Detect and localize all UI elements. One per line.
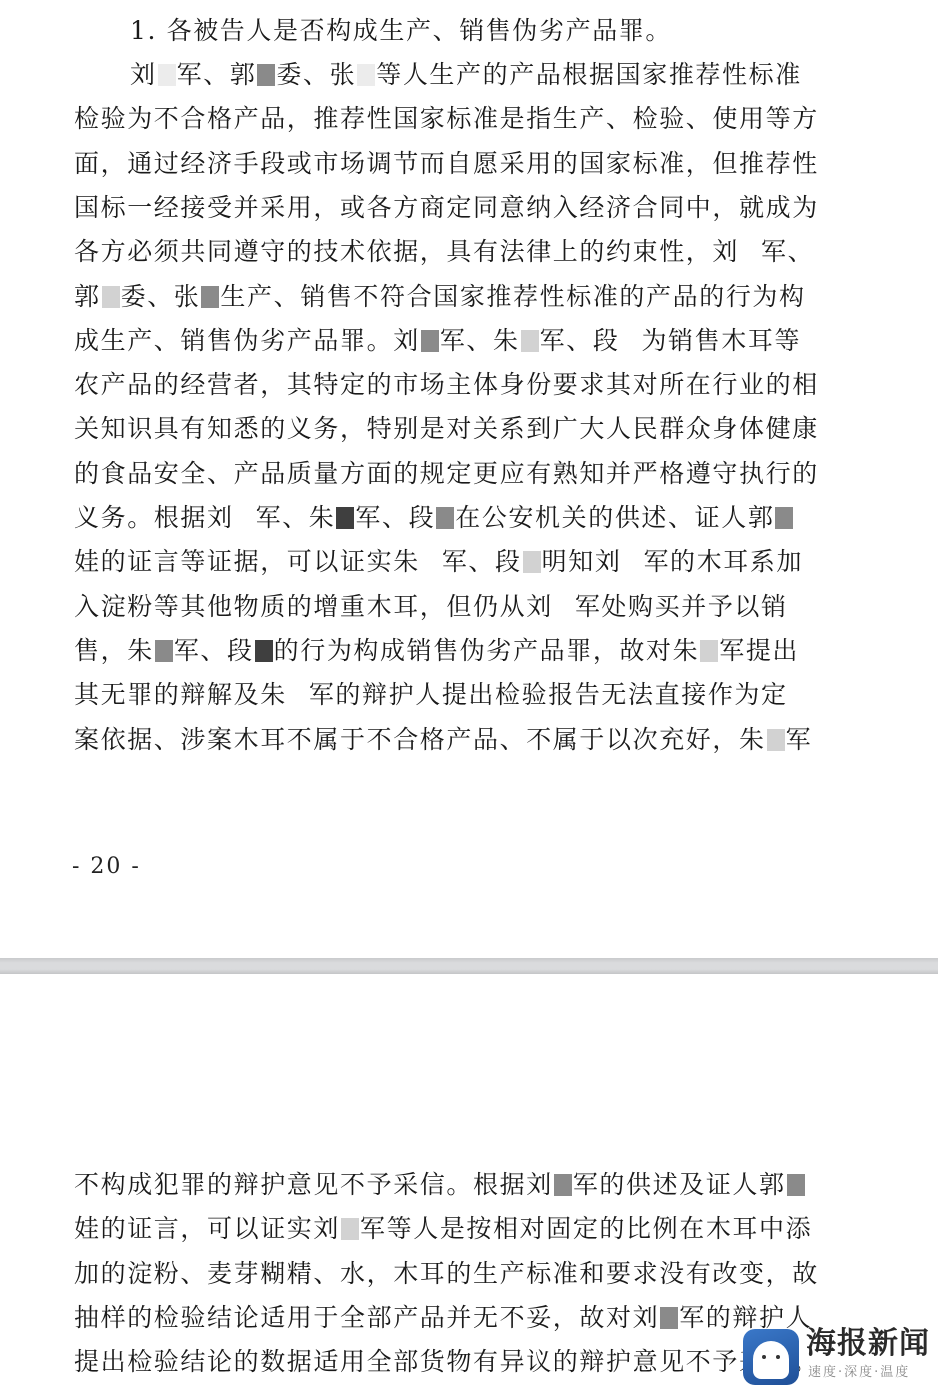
text-segment: 明知刘 <box>542 547 622 576</box>
seal-mascot-icon <box>743 1329 799 1385</box>
text-line: 各方必须共同遵守的技术依据，具有法律上的约束性，刘军、 <box>74 237 858 267</box>
redaction-block <box>336 507 354 529</box>
watermark-brand: 海报新闻 <box>806 1326 930 1362</box>
text-line: 入淀粉等其他物质的增重木耳，但仍从刘军处购买并予以销 <box>74 592 858 622</box>
text-segment: 关知识具有知悉的义务，特别是对关系到广大人民群众身体健康 <box>74 414 819 443</box>
text-line: 成生产、销售伪劣产品罪。刘军、朱军、段为销售木耳等 <box>74 326 858 356</box>
redaction-block <box>436 507 454 529</box>
text-segment: 检验为不合格产品，推荐性国家标准是指生产、检验、使用等方 <box>74 104 819 133</box>
redaction-block <box>660 1307 678 1329</box>
text-segment: 案依据、涉案木耳不属于不合格产品、不属于以次充好，朱 <box>74 725 766 754</box>
redaction-block <box>554 1174 572 1196</box>
text-line: 娃的证言等证据，可以证实朱军、段明知刘军的木耳系加 <box>74 547 858 577</box>
text-segment: 的行为构成销售伪劣产品罪，故对朱 <box>274 636 700 665</box>
text-line: 娃的证言，可以证实刘军等人是按相对固定的比例在木耳中添 <box>74 1214 858 1244</box>
text-line: 不构成犯罪的辩护意见不予采信。根据刘军的供述及证人郭 <box>74 1170 858 1200</box>
redaction-block <box>201 286 219 308</box>
text-segment: 军的木耳系加 <box>643 547 803 576</box>
text-segment: 刘 <box>130 60 157 89</box>
text-segment: 农产品的经营者，其特定的市场主体身份要求其对所在行业的相 <box>74 370 819 399</box>
redaction-block <box>700 640 718 662</box>
text-segment: 郭 <box>74 282 101 311</box>
text-segment: 入淀粉等其他物质的增重木耳，但仍从刘 <box>74 592 553 621</box>
text-segment: 委、张 <box>121 282 201 311</box>
text-segment: 各方必须共同遵守的技术依据，具有法律上的约束性，刘 <box>74 237 739 266</box>
redaction-block <box>523 551 541 573</box>
page-number: - 20 - <box>72 852 141 882</box>
text-line: 刘军、郭委、张等人生产的产品根据国家推荐性标准 <box>130 60 858 90</box>
text-segment: 军、郭 <box>177 60 257 89</box>
text-line: 案依据、涉案木耳不属于不合格产品、不属于以次充好，朱军 <box>74 725 858 755</box>
text-segment: 为销售木耳等 <box>641 326 801 355</box>
redaction-block <box>521 330 539 352</box>
text-line: 检验为不合格产品，推荐性国家标准是指生产、检验、使用等方 <box>74 104 858 134</box>
redaction-block <box>775 507 793 529</box>
text-segment: 义务。根据刘 <box>74 503 234 532</box>
redaction-block <box>155 640 173 662</box>
news-watermark: 海报新闻 速度·深度·温度 <box>740 1322 938 1388</box>
text-segment: 军、段 <box>174 636 254 665</box>
text-segment: 军的辩护人提出检验报告无法直接作为定 <box>309 680 788 709</box>
watermark-slogan: 速度·深度·温度 <box>808 1364 910 1382</box>
document-page-20: 1. 各被告人是否构成生产、销售伪劣产品罪。 刘军、郭委、张等人生产的产品根据国… <box>0 0 938 958</box>
text-segment: 等人生产的产品根据国家推荐性标准 <box>376 60 802 89</box>
text-line: 国标一经接受并采用，或各方商定同意纳入经济合同中，就成为 <box>74 193 858 223</box>
text-segment: 军、段 <box>442 547 522 576</box>
text-line: 面，通过经济手段或市场调节而自愿采用的国家标准，但推荐性 <box>74 149 858 179</box>
redaction-block <box>158 64 176 86</box>
text-segment: 不构成犯罪的辩护意见不予采信。根据刘 <box>74 1170 553 1199</box>
text-line: 郭委、张生产、销售不符合国家推荐性标准的产品的行为构 <box>74 282 858 312</box>
section-heading: 1. 各被告人是否构成生产、销售伪劣产品罪。 <box>130 16 858 46</box>
text-segment: 军、朱 <box>440 326 520 355</box>
text-line: 农产品的经营者，其特定的市场主体身份要求其对所在行业的相 <box>74 370 858 400</box>
text-segment: 的食品安全、产品质量方面的规定更应有熟知并严格遵守执行的 <box>74 459 819 488</box>
redaction-block <box>341 1218 359 1240</box>
text-segment: 军、段 <box>355 503 435 532</box>
text-line: 义务。根据刘军、朱军、段在公安机关的供述、证人郭 <box>74 503 858 533</box>
text-segment: 面，通过经济手段或市场调节而自愿采用的国家标准，但推荐性 <box>74 149 819 178</box>
text-segment: 委、张 <box>276 60 356 89</box>
text-segment: 提出检验结论的数据适用全部货物有异议的辩护意见不予采信。 <box>74 1347 819 1376</box>
text-segment: 军 <box>786 725 813 754</box>
text-segment: 军、段 <box>540 326 620 355</box>
redaction-block <box>257 64 275 86</box>
redaction-block <box>102 286 120 308</box>
text-segment: 生产、销售不符合国家推荐性标准的产品的行为构 <box>220 282 805 311</box>
text-segment: 加的淀粉、麦芽糊精、水，木耳的生产标准和要求没有改变，故 <box>74 1259 819 1288</box>
text-segment: 军等人是按相对固定的比例在木耳中添 <box>360 1214 812 1243</box>
text-line: 关知识具有知悉的义务，特别是对关系到广大人民群众身体健康 <box>74 414 858 444</box>
text-line: 加的淀粉、麦芽糊精、水，木耳的生产标准和要求没有改变，故 <box>74 1259 858 1289</box>
redaction-block <box>787 1174 805 1196</box>
text-segment: 国标一经接受并采用，或各方商定同意纳入经济合同中，就成为 <box>74 193 819 222</box>
text-segment: 军的供述及证人郭 <box>573 1170 786 1199</box>
text-segment: 军处购买并予以销 <box>575 592 788 621</box>
redaction-block <box>357 64 375 86</box>
text-segment: 售，朱 <box>74 636 154 665</box>
text-segment: 其无罪的辩解及朱 <box>74 680 287 709</box>
text-segment: 军提出 <box>719 636 799 665</box>
page-separator <box>0 958 938 974</box>
text-segment: 娃的证言，可以证实刘 <box>74 1214 340 1243</box>
text-segment: 军、 <box>761 237 814 266</box>
text-segment: 成生产、销售伪劣产品罪。刘 <box>74 326 420 355</box>
text-segment: 军、朱 <box>256 503 336 532</box>
text-line: 售，朱军、段的行为构成销售伪劣产品罪，故对朱军提出 <box>74 636 858 666</box>
redaction-block <box>255 640 273 662</box>
text-line: 其无罪的辩解及朱军的辩护人提出检验报告无法直接作为定 <box>74 680 858 710</box>
redaction-block <box>421 330 439 352</box>
text-line: 的食品安全、产品质量方面的规定更应有熟知并严格遵守执行的 <box>74 459 858 489</box>
text-segment: 娃的证言等证据，可以证实朱 <box>74 547 420 576</box>
text-segment: 抽样的检验结论适用于全部产品并无不妥，故对刘 <box>74 1303 659 1332</box>
text-segment: 在公安机关的供述、证人郭 <box>455 503 774 532</box>
redaction-block <box>767 729 785 751</box>
